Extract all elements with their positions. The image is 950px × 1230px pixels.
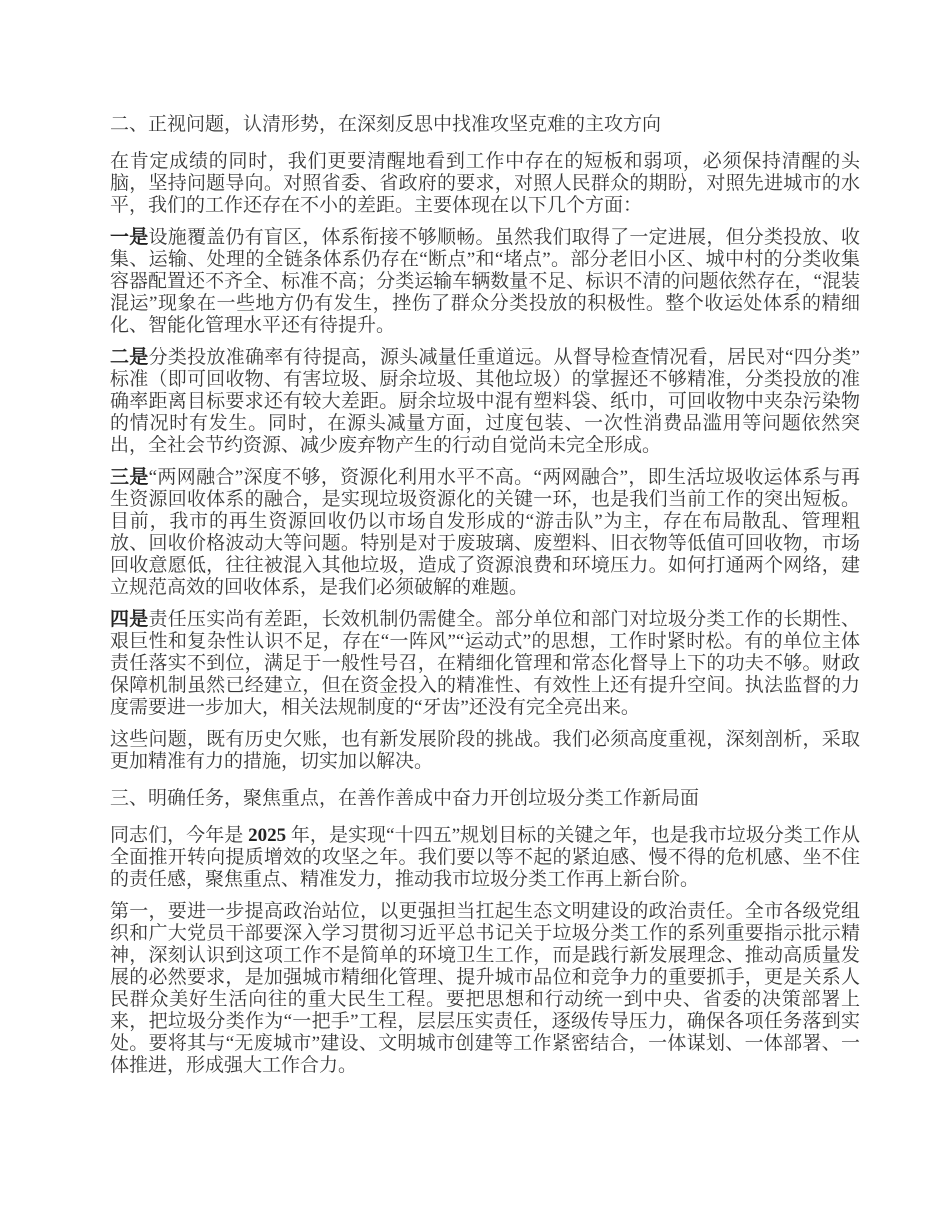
text-segment: 责任压实尚有差距，长效机制仍需健全。部分单位和部门对垃圾分类工作的长期性、艰巨性…: [110, 609, 860, 718]
bold-lead-in: 四是: [110, 609, 148, 630]
body-paragraph: 四是责任压实尚有差距，长效机制仍需健全。部分单位和部门对垃圾分类工作的长期性、艰…: [110, 609, 860, 719]
text-segment: 设施覆盖仍有盲区，体系衔接不够顺畅。虽然我们取得了一定进展，但分类投放、收集、运…: [110, 227, 860, 336]
bold-lead-in: 二是: [110, 347, 149, 368]
body-paragraph: 三是“两网融合”深度不够，资源化利用水平不高。“两网融合”，即生活垃圾收运体系与…: [110, 467, 860, 599]
body-paragraph: 这些问题，既有历史欠账，也有新发展阶段的挑战。我们必须高度重视，深刻剖析，采取更…: [110, 729, 860, 773]
document-body: 二、正视问题，认清形势，在深刻反思中找准攻坚克难的主攻方向在肯定成绩的同时，我们…: [0, 0, 950, 1077]
text-segment: 在肯定成绩的同时，我们更要清醒地看到工作中存在的短板和弱项，必须保持清醒的头脑，…: [110, 151, 860, 216]
bold-lead-in: 三是: [110, 467, 149, 488]
section-heading: 二、正视问题，认清形势，在深刻反思中找准攻坚克难的主攻方向: [110, 114, 860, 136]
text-segment: “两网融合”深度不够，资源化利用水平不高。“两网融合”，即生活垃圾收运体系与再生…: [110, 467, 860, 598]
body-paragraph: 第一，要进一步提高政治站位，以更强担当扛起生态文明建设的政治责任。全市各级党组织…: [110, 901, 860, 1077]
text-segment: 第一，要进一步提高政治站位，以更强担当扛起生态文明建设的政治责任。全市各级党组织…: [110, 901, 860, 1076]
bold-lead-in: 2025: [248, 825, 286, 846]
body-paragraph: 一是设施覆盖仍有盲区，体系衔接不够顺畅。虽然我们取得了一定进展，但分类投放、收集…: [110, 227, 860, 337]
bold-lead-in: 一是: [110, 227, 148, 248]
text-segment: 这些问题，既有历史欠账，也有新发展阶段的挑战。我们必须高度重视，深刻剖析，采取更…: [110, 729, 860, 772]
body-paragraph: 在肯定成绩的同时，我们更要清醒地看到工作中存在的短板和弱项，必须保持清醒的头脑，…: [110, 151, 860, 217]
body-paragraph: 二是分类投放准确率有待提高，源头减量任重道远。从督导检查情况看，居民对“四分类”…: [110, 347, 860, 457]
text-segment: 三、明确任务，聚焦重点，在善作善成中奋力开创垃圾分类工作新局面: [110, 788, 699, 809]
text-segment: 二、正视问题，认清形势，在深刻反思中找准攻坚克难的主攻方向: [110, 114, 661, 135]
body-paragraph: 同志们，今年是 2025 年，是实现“十四五”规划目标的关键之年，也是我市垃圾分…: [110, 825, 860, 891]
section-heading: 三、明确任务，聚焦重点，在善作善成中奋力开创垃圾分类工作新局面: [110, 788, 860, 810]
text-segment: 同志们，今年是: [110, 825, 248, 846]
text-segment: 分类投放准确率有待提高，源头减量任重道远。从督导检查情况看，居民对“四分类”标准…: [110, 347, 860, 456]
